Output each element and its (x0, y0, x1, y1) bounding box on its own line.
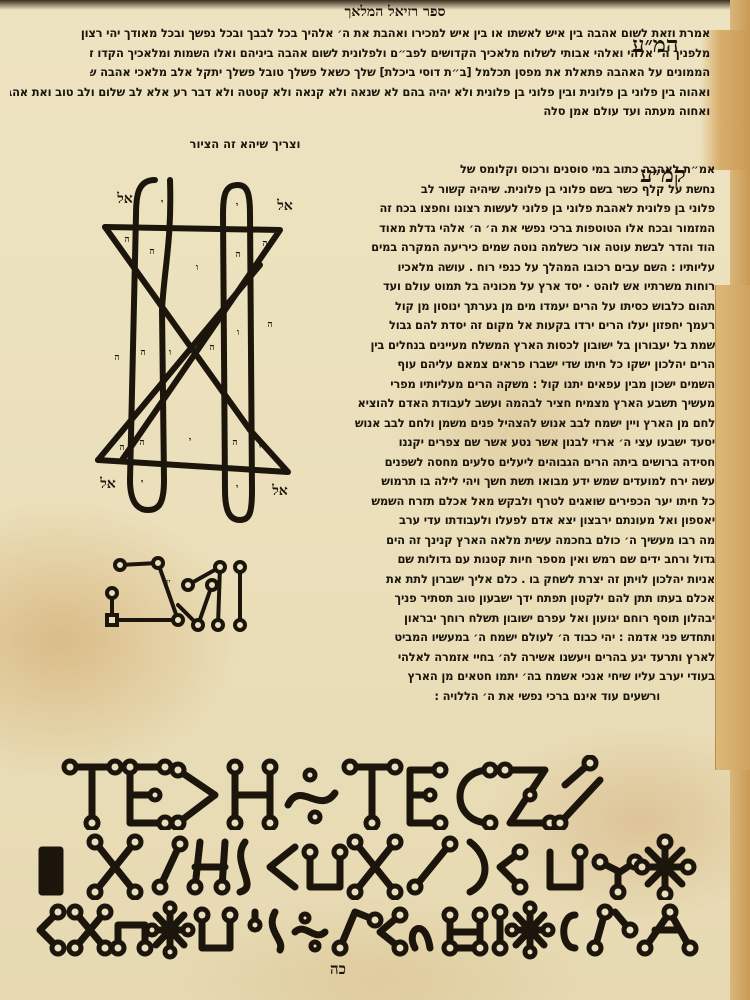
svg-text:י: י (259, 443, 261, 453)
running-head: ספר רזיאל המלאך (300, 4, 490, 21)
text-line: לארץ ותרעד יגע בהרים ויעשנו אשירה לה׳ בח… (325, 648, 715, 668)
magical-script-row-1 (30, 755, 720, 830)
corner-label-top-left: אל (116, 191, 133, 207)
text-line: שמת בל יעבורון בל ישובון לכסות הארץ המשל… (325, 336, 715, 356)
svg-text:ה: ה (262, 239, 267, 249)
text-line: מעשיך תשבע הארץ מצמיח חציר לבהמה ועשב לע… (325, 394, 715, 414)
svg-text:ה: ה (140, 348, 145, 358)
svg-text:י: י (236, 201, 238, 211)
text-line: הרים יהלכון ישקו כל חיתו שדי ישברו פראים… (325, 355, 715, 375)
page-number: כה (330, 960, 346, 979)
text-line: השמים ישכון מבין עפאים יתנו קול : משקה ה… (325, 375, 715, 395)
angel-sigil: יוּ (90, 545, 300, 635)
text-line: מה רבו מעשיך ה׳ כולם בחכמה עשית מלאה האר… (325, 531, 715, 551)
svg-text:ה: ה (114, 353, 119, 363)
svg-text:ה: ה (267, 320, 272, 330)
adjacent-page-fold-lower (715, 285, 750, 770)
text-line: לחם מן הארץ ויין ישמח לבב אנוש להצהיל פנ… (325, 414, 715, 434)
hexagram-amulet-diagram: אל אל אל אל יי הההה ו הו ההוה ההיהי יי (80, 160, 310, 530)
text-line: יסעד ישבעו עצי ה׳ ארזי לבנון אשר נטע אשר… (325, 433, 715, 453)
section-top-text: אמרת וזאת לשום אהבה בין איש לאשתו או בין… (10, 24, 710, 122)
corner-label-top-right: אל (276, 198, 293, 214)
text-line: רוחות משרתיו אש לוהט · יסד ארץ על מכוניה… (325, 277, 715, 297)
corner-label-bottom-right: אל (271, 483, 288, 499)
scanned-page: ספר רזיאל המלאך המ״ע אמרת וזאת לשום אהבה… (0, 0, 750, 1000)
text-line: הוד והדר לבשת עוטה אור כשלמה נוטה שמים כ… (325, 238, 715, 258)
text-line: הממונים על האהבה פתאלת את מפסן תכלמל [ב״… (90, 63, 710, 83)
svg-text:י: י (236, 483, 238, 493)
magical-script-row-3 (30, 900, 720, 960)
text-line: ותחדש פני אדמה : יהי כבוד ה׳ לעולם ישמח … (325, 628, 715, 648)
svg-text:ה: ה (149, 247, 154, 257)
svg-text:ה: ה (139, 438, 144, 448)
text-line: אמרת וזאת לשום אהבה בין איש לאשתו או בין… (10, 24, 710, 44)
svg-text:י: י (161, 198, 163, 208)
text-line: גדול ורחב ידים שם רמש ואין מספר חיות קטנ… (325, 550, 715, 570)
svg-text:ה: ה (232, 438, 237, 448)
text-line: ואהוה בין פלוני בן פלונית ובין פלוני בן … (10, 83, 710, 103)
section-right-text: אמ״ת לאהבה כתוב במי סוסנים ורכוס וקלומס … (325, 160, 715, 706)
text-line: אמ״ת לאהבה כתוב במי סוסנים ורכוס וקלומס … (390, 160, 715, 180)
text-line: עליותיו : השם עבים רכובו המהלך על כנפי ר… (325, 258, 715, 278)
text-line: נחשת על קלף כשר בשם פלוני בן פלונית. שיה… (390, 180, 715, 200)
svg-text:ו: ו (237, 328, 239, 338)
text-line: בעודי יערב עליו שיחי אנכי אשמח בה׳ יתמו … (325, 667, 715, 687)
text-line: ואחוה מעתה ועד עולם אמן סלה (10, 102, 710, 122)
svg-text:ה: ה (235, 250, 240, 260)
text-line: המזמור ובכח אלו הטוטפות ברכי נפשי את ה׳ … (325, 219, 715, 239)
text-line: פלוני בן פלונית לאהבת פלוני בן פלוני לעש… (325, 199, 715, 219)
text-line: יאספון ואל מעונתם ירבצון יצא אדם לפעלו ו… (325, 511, 715, 531)
diagram-caption: וצריך שיהא זה הציור (150, 137, 340, 151)
text-line: עשה ירח למועדים שמש ידע מבואו תשת חשך וי… (325, 472, 715, 492)
svg-text:ו: ו (169, 348, 171, 358)
svg-text:ה: ה (119, 443, 124, 453)
svg-text:ה: ה (124, 235, 129, 245)
corner-label-bottom-left: אל (99, 476, 116, 492)
text-line: תהום כלבוש כסיתו על הרים יעמדו מים מן גע… (325, 297, 715, 317)
svg-text:יוּ: יוּ (165, 578, 171, 588)
text-line: חסידה ברושים ביתה הרים הגבוהים ליעלים סל… (325, 453, 715, 473)
text-line: אכלם בעתו תתן להם ילקטון תפתח ידך ישבעון… (325, 589, 715, 609)
svg-text:י: י (141, 478, 143, 488)
text-line: ורשעים עוד אינם ברכי נפשי את ה׳ הללויה : (325, 687, 715, 707)
svg-text:ו: ו (196, 263, 198, 273)
text-line: אניות יהלכון לויתן זה יצרת לשחק בו . כלם… (325, 570, 715, 590)
text-line: יבהלון תוסף רוחם יגועון ואל עפרם ישובון … (325, 609, 715, 629)
svg-text:ה: ה (209, 343, 214, 353)
text-line: רעמך יחפזון יעלו הרים ירדו בקעות אל מקום… (325, 316, 715, 336)
magical-script-row-2 (30, 832, 720, 900)
svg-text:י: י (189, 436, 191, 446)
text-line: כל חיתו יער הכפירים שואגים לטרף ולבקש מא… (325, 492, 715, 512)
text-line: מלפניך ה׳ אלהי ואלהי אבותי לשלוח מלאכיך … (90, 44, 710, 64)
